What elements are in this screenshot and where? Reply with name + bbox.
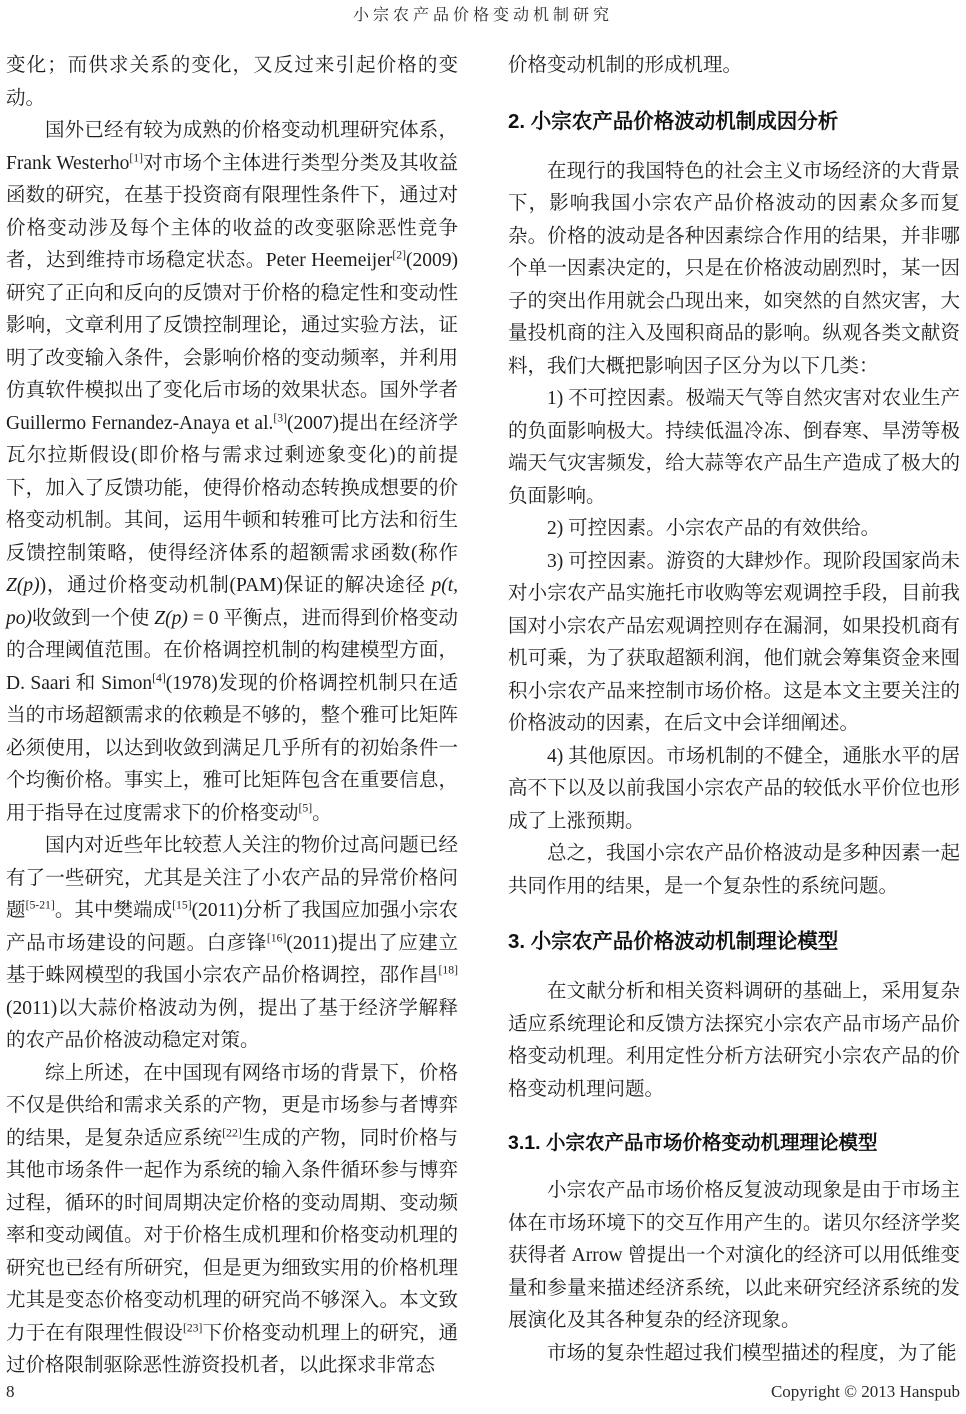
paragraph-section3-intro: 在文献分析和相关资料调研的基础上，采用复杂适应系统理论和反馈方法探究小宗农产品市… <box>508 976 960 1106</box>
two-column-body: 变化；而供求关系的变化，又反过来引起价格的变动。 国外已经有较为成熟的价格变动机… <box>6 50 960 1383</box>
left-column: 变化；而供求关系的变化，又反过来引起价格的变动。 国外已经有较为成熟的价格变动机… <box>6 50 458 1383</box>
paragraph-factor-3: 3) 可控因素。游资的大肆炒作。现阶段国家尚未对小宗农产品实施托市收购等宏观调控… <box>508 546 960 741</box>
subsection-3-1-heading: 3.1. 小宗农产品市场价格变动机理理论模型 <box>508 1128 960 1158</box>
paragraph-summary: 综上所述，在中国现有网络市场的背景下，价格不仅是供给和需求关系的产物，更是市场参… <box>6 1058 458 1383</box>
page-header-title: 小宗农产品价格变动机制研究 <box>0 2 966 25</box>
paragraph-continuation: 变化；而供求关系的变化，又反过来引起价格的变动。 <box>6 50 458 115</box>
paragraph-section2-intro: 在现行的我国特色的社会主义市场经济的大背景下，影响我国小宗农产品价格波动的因素众… <box>508 156 960 384</box>
page-number: 8 <box>6 1382 15 1402</box>
paragraph-subsection31-body: 小宗农产品市场价格反复波动现象是由于市场主体在市场环境下的交互作用产生的。诺贝尔… <box>508 1175 960 1338</box>
paragraph-factor-2: 2) 可控因素。小宗农产品的有效供给。 <box>508 513 960 546</box>
copyright-notice: Copyright © 2013 Hanspub <box>771 1382 960 1402</box>
paragraph-section2-conclusion: 总之，我国小宗农产品价格波动是多种因素一起共同作用的结果，是一个复杂性的系统问题… <box>508 838 960 903</box>
paragraph-factor-4: 4) 其他原因。市场机制的不健全，通胀水平的居高不下以及以前我国小宗农产品的较低… <box>508 741 960 839</box>
section-2-heading: 2. 小宗农产品价格波动机制成因分析 <box>508 107 960 137</box>
document-page: 小宗农产品价格变动机制研究 变化；而供求关系的变化，又反过来引起价格的变动。 国… <box>0 0 966 1414</box>
right-column: 价格变动机制的形成机理。 2. 小宗农产品价格波动机制成因分析 在现行的我国特色… <box>508 50 960 1383</box>
paragraph-foreign-research: 国外已经有较为成熟的价格变动机理研究体系，Frank Westerho[1]对市… <box>6 115 458 830</box>
paragraph-factor-1: 1) 不可控因素。极端天气等自然灾害对农业生产的负面影响极大。持续低温冷冻、倒春… <box>508 383 960 513</box>
paragraph-domestic-research: 国内对近些年比较惹人关注的物价过高问题已经有了一些研究，尤其是关注了小农产品的异… <box>6 830 458 1058</box>
paragraph-subsection31-continued: 市场的复杂性超过我们模型描述的程度，为了能 <box>508 1338 960 1371</box>
paragraph-continuation: 价格变动机制的形成机理。 <box>508 50 960 83</box>
section-3-heading: 3. 小宗农产品价格波动机制理论模型 <box>508 927 960 957</box>
